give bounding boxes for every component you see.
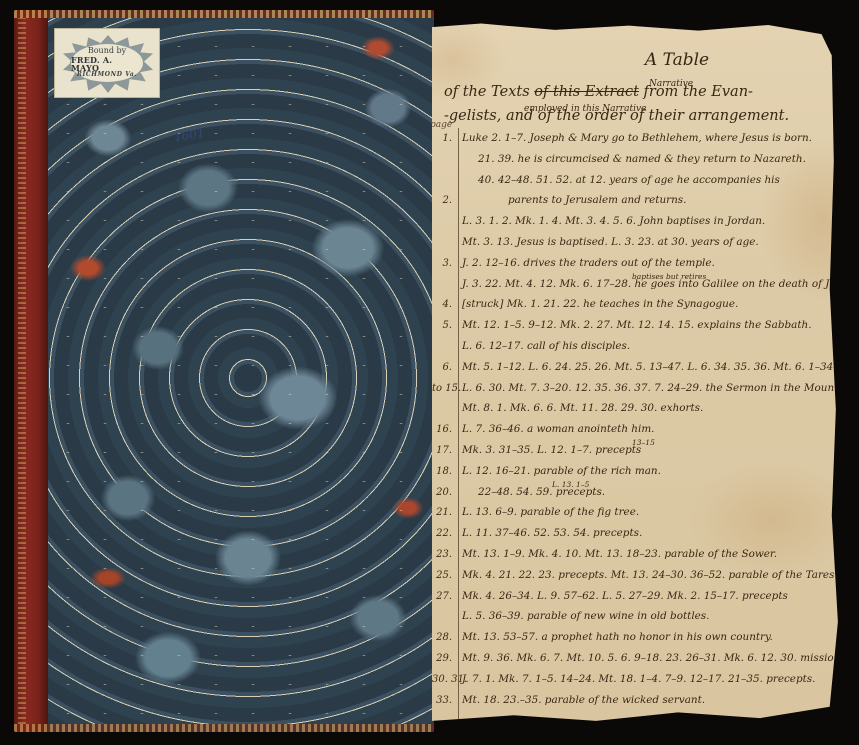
page-number: 21. — [432, 507, 456, 518]
text-reference: Mt. 18. 23.–35. parable of the wicked se… — [456, 694, 705, 706]
subtitle-text-before: of the Texts — [444, 84, 530, 100]
table-row: 22.L. 11. 37–46. 52. 53. 54. precepts. — [432, 527, 842, 548]
insertion-below: employed in this Narrative — [524, 97, 646, 121]
binder-label-city: RICHMOND Va. — [77, 72, 137, 78]
page-number: 30. 31. — [432, 674, 456, 685]
text-reference: Mk. 3. 31–35. L. 12. 1–7. precepts — [456, 444, 641, 456]
title-block: A Table — [432, 50, 842, 70]
table-row: 27.Mk. 4. 26–34. L. 9. 57–62. L. 5. 27–2… — [432, 590, 842, 611]
table-row: 23.Mt. 13. 1–9. Mk. 4. 10. Mt. 13. 18–23… — [432, 548, 842, 569]
table-row: L. 6. 12–17. call of his disciples. — [432, 340, 842, 361]
text-reference: Mt. 12. 1–5. 9–12. Mk. 2. 27. Mt. 12. 14… — [456, 319, 812, 331]
text-reference: Mt. 9. 36. Mk. 6. 7. Mt. 10. 5. 6. 9–18.… — [456, 652, 842, 664]
text-reference: Mt. 13. 1–9. Mk. 4. 10. Mt. 13. 18–23. p… — [456, 548, 777, 560]
table-row: 18.L. 12. 16–21. parable of the rich man… — [432, 465, 842, 486]
text-reference: L. 12. 16–21. parable of the rich man. — [456, 465, 661, 477]
interlinear-insertion: L. 13. 1–5 — [552, 480, 589, 489]
top-greek-key-border — [14, 10, 434, 18]
table-row: L. 5. 36–39. parable of new wine in old … — [432, 610, 842, 631]
text-reference: Luke 2. 1–7. Joseph & Mary go to Bethleh… — [456, 132, 812, 144]
page-title: A Table — [645, 50, 709, 70]
page-number: 6. — [432, 362, 456, 373]
text-reference: L. 3. 1. 2. Mk. 1. 4. Mt. 3. 4. 5. 6. Jo… — [456, 215, 765, 227]
text-reference: Mk. 4. 21. 22. 23. precepts. Mt. 13. 24–… — [456, 569, 838, 581]
leather-spine-strip — [14, 10, 48, 732]
page-number: 4. — [432, 299, 456, 310]
table-row: 1.Luke 2. 1–7. Joseph & Mary go to Bethl… — [432, 132, 842, 153]
text-reference: [struck] Mk. 1. 21. 22. he teaches in th… — [456, 298, 738, 310]
page-subtitle: of the Texts of this Extract from the Ev… — [444, 80, 840, 128]
text-reference: Mt. 5. 1–12. L. 6. 24. 25. 26. Mt. 5. 13… — [456, 361, 842, 373]
page-number: 22. — [432, 528, 456, 539]
table-row: 17.Mk. 3. 31–35. L. 12. 1–7. precepts13–… — [432, 444, 842, 465]
page-number: 33. — [432, 695, 456, 706]
text-reference: L. 6. 12–17. call of his disciples. — [456, 340, 630, 352]
table-row: 33.Mt. 18. 23.–35. parable of the wicked… — [432, 694, 842, 715]
text-reference: L. 5. 36–39. parable of new wine in old … — [456, 610, 709, 622]
marbled-paper — [48, 18, 434, 724]
page-number: 16. — [432, 424, 456, 435]
text-reference: L. 6. 30. Mt. 7. 3–20. 12. 35. 36. 37. 7… — [456, 382, 842, 394]
table-row: 21. 39. he is circumcised & named & they… — [432, 153, 842, 174]
page-number: 18. — [432, 466, 456, 477]
table-row: 20.22–48. 54. 59. precepts.L. 13. 1–5 — [432, 486, 842, 507]
table-row: 30. 31.J. 7. 1. Mk. 7. 1–5. 14–24. Mt. 1… — [432, 673, 842, 694]
bottom-greek-key-border — [14, 724, 434, 732]
page-number: 20. — [432, 487, 456, 498]
page-number: 17. — [432, 445, 456, 456]
binder-ticket-oval: Bound by FRED. A. MAYO RICHMOND Va. — [70, 43, 144, 83]
table-row: 25.Mk. 4. 21. 22. 23. precepts. Mt. 13. … — [432, 569, 842, 590]
page-number: 5. — [432, 320, 456, 331]
page-number: 1. — [432, 133, 456, 144]
page-number: 23. — [432, 549, 456, 560]
page-number: 28. — [432, 632, 456, 643]
text-reference: L. 13. 6–9. parable of the fig tree. — [456, 506, 639, 518]
table-row: 40. 42–48. 51. 52. at 12. years of age h… — [432, 174, 842, 195]
text-reference: parents to Jerusalem and returns. — [456, 194, 686, 206]
text-reference: Mk. 4. 26–34. L. 9. 57–62. L. 5. 27–29. … — [456, 590, 788, 602]
insertion-above: Narrative — [649, 72, 693, 96]
text-reference: J. 2. 12–16. drives the traders out of t… — [456, 257, 715, 269]
table-row: 5.Mt. 12. 1–5. 9–12. Mk. 2. 27. Mt. 12. … — [432, 319, 842, 340]
page-column-header: page — [430, 120, 452, 130]
marbled-cover-board: Bound by FRED. A. MAYO RICHMOND Va. 1601 — [14, 10, 434, 732]
table-row: 28.Mt. 13. 53–57. a prophet hath no hono… — [432, 631, 842, 652]
binder-label-name: FRED. A. MAYO — [71, 56, 143, 73]
table-row: J. 3. 22. Mt. 4. 12. Mk. 6. 17–28. he go… — [432, 278, 842, 299]
interlinear-insertion: 13–15 — [632, 438, 655, 447]
manuscript-page: A Table of the Texts of this Extract fro… — [432, 20, 842, 728]
text-reference: L. 11. 37–46. 52. 53. 54. precepts. — [456, 527, 642, 539]
text-reference: 40. 42–48. 51. 52. at 12. years of age h… — [456, 174, 780, 186]
table-row: L. 3. 1. 2. Mk. 1. 4. Mt. 3. 4. 5. 6. Jo… — [432, 215, 842, 236]
text-reference: Mt. 8. 1. Mk. 6. 6. Mt. 11. 28. 29. 30. … — [456, 402, 703, 414]
interlinear-insertion: baptises but retires — [632, 272, 706, 281]
page-number: to 15. — [432, 383, 456, 394]
greek-key-tooling — [18, 18, 26, 724]
table-row: to 15.L. 6. 30. Mt. 7. 3–20. 12. 35. 36.… — [432, 382, 842, 403]
table-row: 29.Mt. 9. 36. Mk. 6. 7. Mt. 10. 5. 6. 9–… — [432, 652, 842, 673]
table-row: Mt. 8. 1. Mk. 6. 6. Mt. 11. 28. 29. 30. … — [432, 402, 842, 423]
text-reference: Mt. 3. 13. Jesus is baptised. L. 3. 23. … — [456, 236, 759, 248]
table-row: 6.Mt. 5. 1–12. L. 6. 24. 25. 26. Mt. 5. … — [432, 361, 842, 382]
text-reference: 21. 39. he is circumcised & named & they… — [456, 153, 806, 165]
binder-ticket: Bound by FRED. A. MAYO RICHMOND Va. — [54, 28, 160, 98]
table-row: 21.L. 13. 6–9. parable of the fig tree. — [432, 506, 842, 527]
table-row: Mt. 3. 13. Jesus is baptised. L. 3. 23. … — [432, 236, 842, 257]
page-number: 3. — [432, 258, 456, 269]
page-number: 27. — [432, 591, 456, 602]
table-row: 2.parents to Jerusalem and returns. — [432, 194, 842, 215]
texts-table: 1.Luke 2. 1–7. Joseph & Mary go to Bethl… — [432, 132, 842, 714]
text-reference: J. 7. 1. Mk. 7. 1–5. 14–24. Mt. 18. 1–4.… — [456, 673, 815, 685]
page-number: 25. — [432, 570, 456, 581]
text-reference: Mt. 13. 53–57. a prophet hath no honor i… — [456, 631, 773, 643]
table-row: 4.[struck] Mk. 1. 21. 22. he teaches in … — [432, 298, 842, 319]
page-number: 29. — [432, 653, 456, 664]
page-number: 2. — [432, 195, 456, 206]
text-reference: L. 7. 36–46. a woman anointeth him. — [456, 423, 654, 435]
